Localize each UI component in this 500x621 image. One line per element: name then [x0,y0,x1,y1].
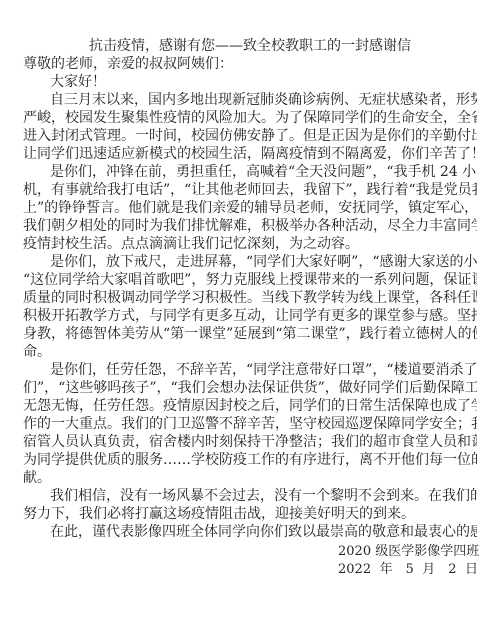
body-line: 我们相信，没有一场风暴不会过去，没有一个黎明不会到来。在我们的共同 [50,487,477,505]
body-line: 身教，将德智体美劳从“第一课堂”延展到“第二课堂”，践行着立德树人的使 [23,325,477,343]
body-line: 严峻，校园发生聚集性疫情的风险加大。为了保障同学们的生命安全，全省高校 [23,109,477,127]
salutation: 尊敬的老师，亲爱的叔叔阿姨们： [23,55,477,73]
body-line: 自三月末以来，国内多地出现新冠肺炎确诊病例、无症状感染者，形势愈发 [50,91,477,109]
body-line: 无怨无悔，任劳任怨。疫情原因封校之后，同学们的日常生活保障也成了学校工 [23,397,477,415]
signature-date: 2022 年 5 月 2 日 [338,561,478,579]
body-line: 让同学们迅速适应新模式的校园生活，隔离疫情到不隔离爱，你们辛苦了！ [23,145,477,163]
body-line: 在此，谨代表影像四班全体同学向你们致以最崇高的敬意和最衷心的感谢！ [50,523,477,541]
body-line: 上”的铮铮誓言。他们就是我们亲爱的辅导员老师，安抚同学，镇定军心，在与 [23,199,477,217]
body-line: 机，有事就给我打电话”，“让其他老师回去，我留下”，践行着“我是党员我先 [23,181,477,199]
body-line: 为同学提供优质的服务……学校防疫工作的有序进行，离不开他们每一位的贡 [23,451,477,469]
signature-class: 2020 级医学影像学四班 [338,543,478,561]
body-line: 命。 [23,343,477,361]
body-line: 是你们，任劳任怨，不辞辛苦，“同学注意带好口罩”，“楼道要消杀了同学 [50,361,477,379]
body-line: 进入封闭式管理。一时间，校园仿佛安静了。但是正因为是你们的辛勤付出，才 [23,127,477,145]
letter-title: 抗击疫情，感谢有您——致全校教职工的一封感谢信 [0,37,500,55]
body-line: 作的一大重点。我们的门卫巡警不辞辛苦，坚守校园巡逻保障同学安全；我们的 [23,415,477,433]
body-line: 努力下，我们必将打赢这场疫情阻击战，迎接美好明天的到来。 [23,505,477,523]
body-line: 宿管人员认真负责，宿舍楼内时刻保持干净整洁；我们的超市食堂人员和蔼可亲， [23,433,477,451]
body-line: “这位同学给大家唱首歌吧”，努力克服线上授课带来的一系列问题，保证课堂 [23,271,477,289]
body-line: 我们朝夕相处的同时为我们排忧解难，积极举办各种活动，尽全力丰富同学们的 [23,217,477,235]
body-line: 们”，“这些够吗孩子”，“我们会想办法保证供货”，做好同学们后勤保障工作， [23,379,477,397]
body-line: 是你们，冲锋在前，勇担重任，高喊着“全天没问题”，“我手机 24 小时开 [50,163,477,181]
greeting: 大家好！ [50,73,477,91]
body-line: 献。 [23,469,477,487]
body-line: 疫情封校生活。点点滴滴让我们记忆深刻，为之动容。 [23,235,477,253]
body-line: 是你们，放下戒尺，走进屏幕，“同学们大家好啊”，“感谢大家送的小花花”， [50,253,477,271]
body-line: 积极开拓教学方式，与同学有更多互动，让同学有更多的课堂参与感。坚持言传 [23,307,477,325]
body-line: 质量的同时积极调动同学学习积极性。当线下教学转为线上课堂，各科任课教师 [23,289,477,307]
